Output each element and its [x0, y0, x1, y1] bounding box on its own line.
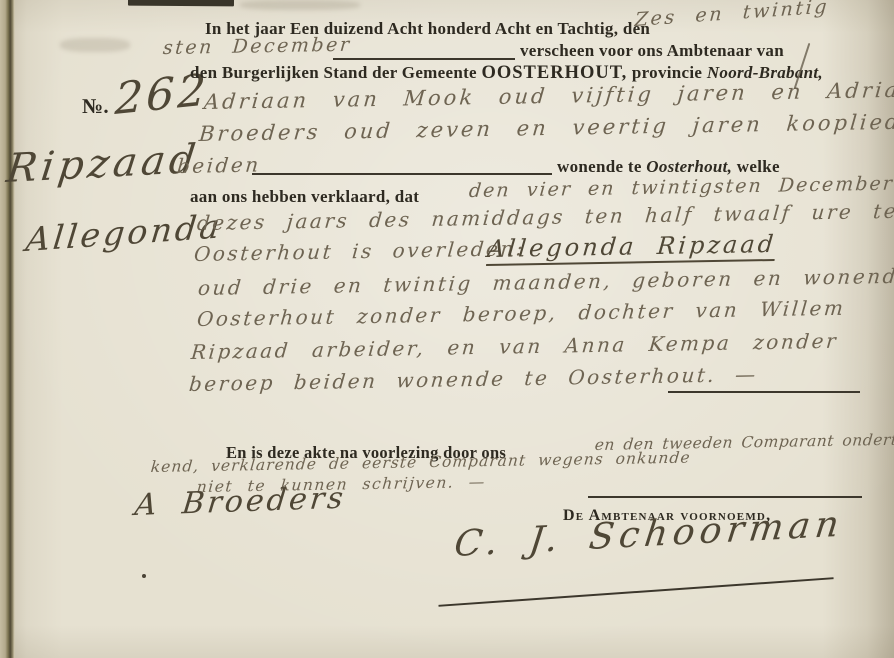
ink-bleed-mark: [60, 38, 130, 52]
declaration-intro-printed: aan ons hebben verklaard, dat: [190, 187, 419, 207]
blank-rule-residence: [252, 172, 552, 175]
closing-dash-rule: [668, 390, 860, 393]
header-date-day: Zes en twintig: [634, 0, 830, 31]
header-date-month: sten December: [162, 34, 353, 59]
closing-end-rule: [588, 495, 862, 498]
witness-signature: A Broeders: [133, 481, 348, 523]
previous-record-border: [128, 0, 234, 6]
margin-surname: Ripzaad: [4, 136, 202, 192]
deceased-name: Allegonda Ripzaad: [486, 230, 777, 266]
header-municipality: OOSTERHOUT,: [481, 63, 627, 83]
declarant-line3-printed: wonende te Oosterhout, welke: [557, 157, 780, 177]
ink-speck: [142, 574, 146, 578]
declarant-line2: Broeders oud zeven en veertig jaren koop…: [198, 109, 894, 146]
residence-printed-b: welke: [737, 157, 780, 176]
header-line3-printed-b: provincie: [632, 63, 702, 82]
death-place-line: Oosterhout is overleden:: [193, 236, 526, 266]
residence-printed-a: wonende te: [557, 157, 642, 176]
book-binding-edge: [0, 0, 15, 658]
header-line3-printed-a: den Burgerlijken Stand der Gemeente: [190, 63, 477, 82]
deceased-origin-line: Oosterhout zonder beroep, dochter van Wi…: [196, 296, 847, 331]
residence-place: Oosterhout,: [646, 157, 732, 176]
death-date: den vier en twintigsten December: [468, 173, 894, 202]
death-certificate-scan: №. 262 Ripzaad Allegonda In het jaar Een…: [0, 0, 894, 658]
header-line2-printed: verscheen voor ons Ambtenaar van: [520, 41, 784, 61]
deceased-age-line: oud drie en twintig maanden, geboren en …: [197, 263, 894, 300]
ink-bleed-mark: [240, 0, 360, 10]
blank-rule-date: [333, 57, 515, 60]
record-number-sign: №.: [82, 94, 109, 119]
signature-flourish-rule: [438, 576, 833, 607]
father-mother-line: Ripzaad arbeider, en van Anna Kempa zond…: [190, 329, 839, 364]
declarant-line3-handwritten: beiden: [176, 153, 262, 178]
